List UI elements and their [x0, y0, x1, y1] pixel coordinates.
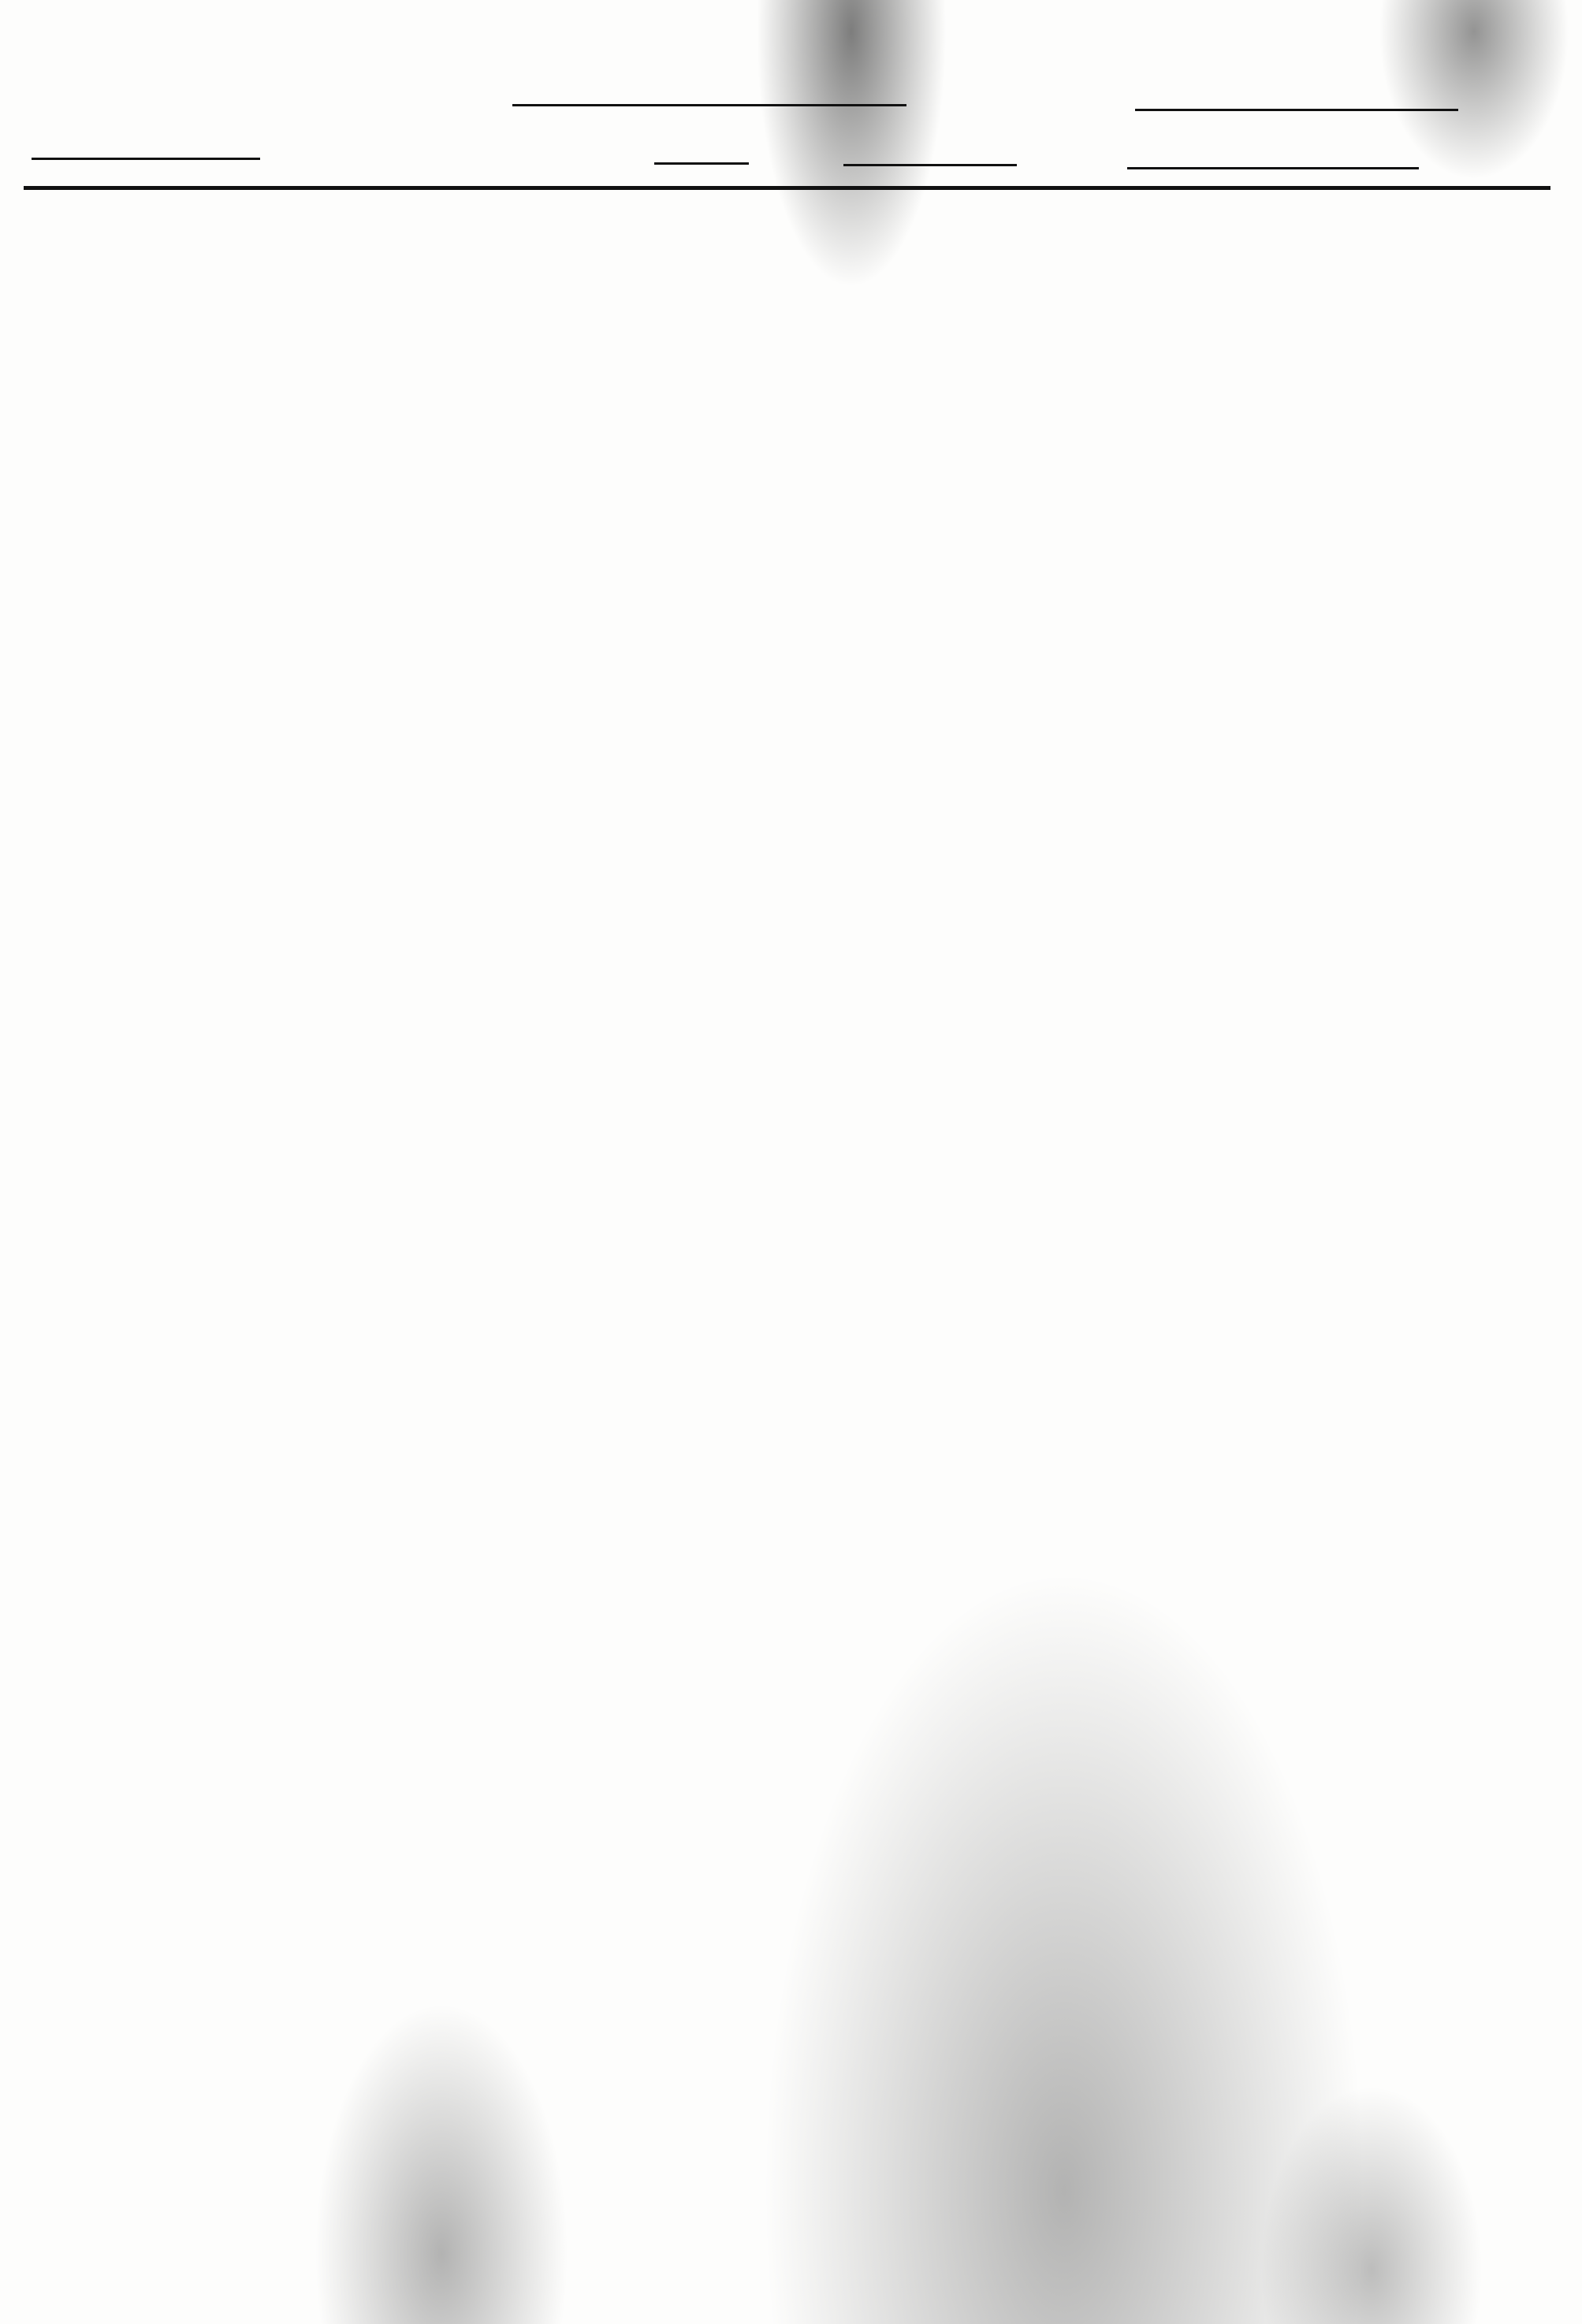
state-underline [32, 158, 260, 160]
marshal-underline [1127, 167, 1419, 169]
month-underline [843, 164, 1017, 166]
census-page [0, 0, 1582, 2324]
location-underline [512, 104, 906, 106]
day-underline [654, 162, 749, 165]
county-underline [1135, 109, 1458, 111]
header-rule [24, 186, 1550, 190]
